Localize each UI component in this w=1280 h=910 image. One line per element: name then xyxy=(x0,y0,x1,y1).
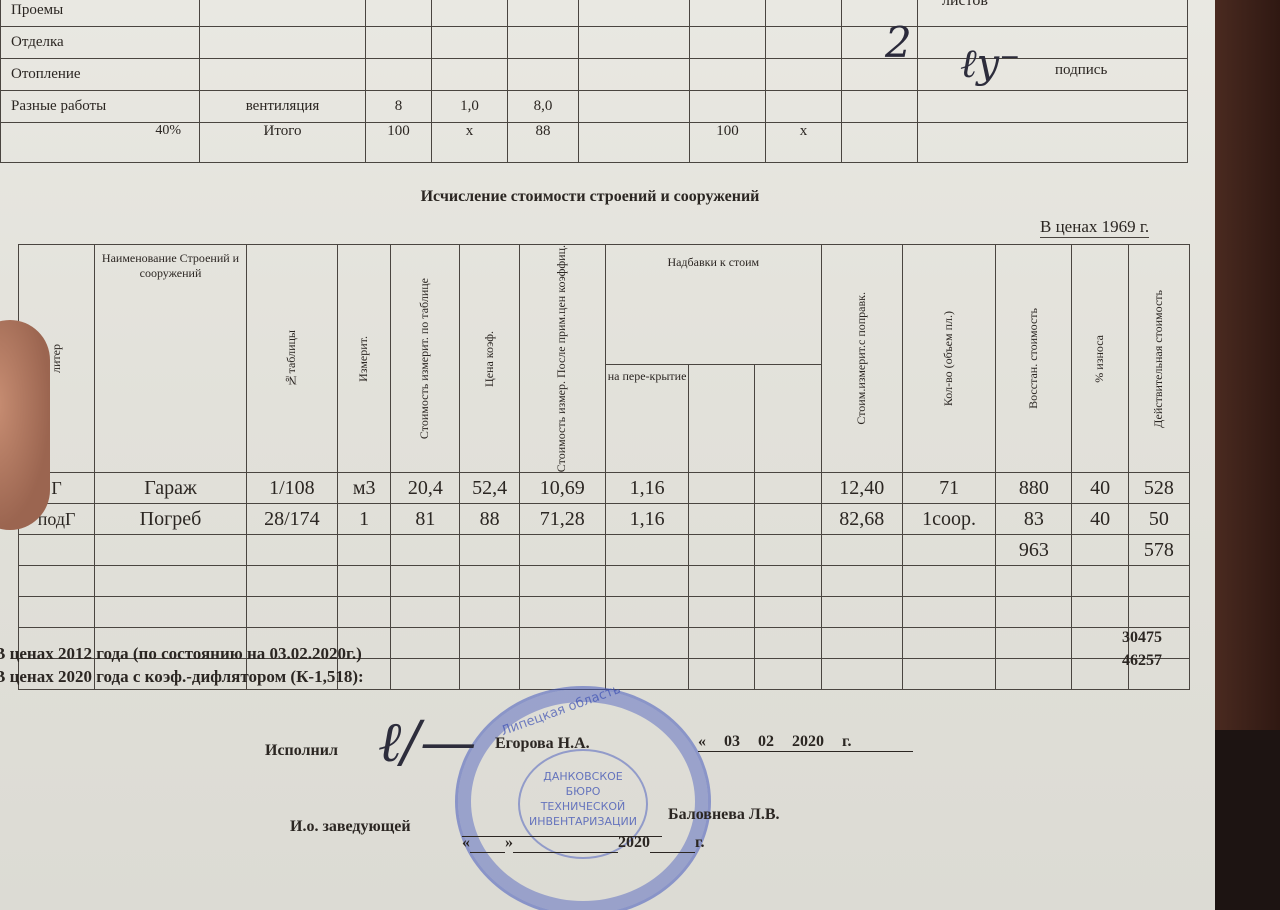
cell: x xyxy=(432,123,508,163)
cell-pricecoef: 88 xyxy=(460,504,519,535)
cell-e1 xyxy=(689,535,755,566)
cell-e2 xyxy=(755,504,821,535)
cell-actualcost: 528 xyxy=(1128,473,1189,504)
header-unit: Измерит. xyxy=(338,245,391,473)
cell-restorecost xyxy=(996,566,1072,597)
cell: 8,0 xyxy=(508,91,579,123)
cell-e1 xyxy=(689,566,755,597)
cell-e2 xyxy=(755,473,821,504)
prices-note: В ценах 1969 г. xyxy=(1040,217,1149,238)
cell: 100 xyxy=(690,123,766,163)
handwritten-sheet-count: 2 xyxy=(885,18,912,67)
cell-wear xyxy=(1072,535,1128,566)
cell-quantity xyxy=(902,597,995,628)
cell-costafter xyxy=(519,628,605,659)
cell-costadjusted xyxy=(821,566,902,597)
cell-actualcost: 50 xyxy=(1128,504,1189,535)
cell-costtable xyxy=(391,566,460,597)
cell-costadjusted: 12,40 xyxy=(821,473,902,504)
cell: 100 xyxy=(366,123,432,163)
cell-costafter: 71,28 xyxy=(519,504,605,535)
header-cost-adjusted: Стоим.измерит.с поправк. xyxy=(821,245,902,473)
cell-name: Погреб xyxy=(95,504,247,535)
cell-name xyxy=(95,566,247,597)
header-cost-after: Стоимость измер. После прим.цен коэффиц. xyxy=(519,245,605,473)
cell-costafter xyxy=(519,535,605,566)
header-wear: % износа xyxy=(1072,245,1128,473)
cell: 88 xyxy=(508,123,579,163)
cell-costtable: 20,4 xyxy=(391,473,460,504)
cell-quantity xyxy=(902,535,995,566)
row-label: Проемы xyxy=(1,0,200,27)
table-row xyxy=(19,566,1190,597)
cell-unit xyxy=(338,597,391,628)
background-shadow xyxy=(1210,730,1280,910)
row-label: Разные работы xyxy=(1,91,200,123)
cell-e1 xyxy=(689,597,755,628)
cell-unit: 1 xyxy=(338,504,391,535)
cell-costtable: 81 xyxy=(391,504,460,535)
cell: x xyxy=(766,123,842,163)
header-restore-cost: Восстан. стоимость xyxy=(996,245,1072,473)
cell-liter xyxy=(19,535,95,566)
header-surcharges: Надбавки к стоим xyxy=(605,245,821,365)
official-stamp: Липецкая область ДАНКОВСКОЕ БЮРО ТЕХНИЧЕ… xyxy=(455,686,711,910)
prices-2020-label: В ценах 2020 года с коэф.-дифлятором (К-… xyxy=(0,667,364,687)
table-row: Проемы xyxy=(1,0,1188,27)
table-row: подГПогреб28/1741818871,281,1682,681соор… xyxy=(19,504,1190,535)
cell-liter xyxy=(19,566,95,597)
cell-costtable xyxy=(391,535,460,566)
cell-tableno xyxy=(246,535,337,566)
header-table-no: №таблицы xyxy=(246,245,337,473)
prices-2012-label: В ценах 2012 года (по состоянию на 03.02… xyxy=(0,644,362,664)
total-label: Итого xyxy=(200,123,366,163)
cell-costtable xyxy=(391,597,460,628)
cell-e1 xyxy=(689,628,755,659)
acting-head-label: И.о. заведующей xyxy=(290,818,411,836)
thumb xyxy=(0,320,50,530)
header-quantity: Кол-во (объем пл.) xyxy=(902,245,995,473)
cell-costadjusted xyxy=(821,597,902,628)
cell-e2 xyxy=(755,628,821,659)
cell-costafter xyxy=(519,659,605,690)
table-row xyxy=(19,597,1190,628)
cell-wear: 40 xyxy=(1072,504,1128,535)
cell: 1,0 xyxy=(432,91,508,123)
header-actual-cost: Действительная стоимость xyxy=(1128,245,1189,473)
cell-costadjusted xyxy=(821,659,902,690)
row-label: Отопление xyxy=(1,59,200,91)
cell-tableno: 28/174 xyxy=(246,504,337,535)
table-row: Разные работы вентиляция 8 1,0 8,0 xyxy=(1,91,1188,123)
cell-surcharge: 1,16 xyxy=(605,473,688,504)
cell-wear xyxy=(1072,659,1128,690)
cell-quantity: 71 xyxy=(902,473,995,504)
cell-restorecost xyxy=(996,628,1072,659)
cell-restorecost: 963 xyxy=(996,535,1072,566)
cell-e2 xyxy=(755,597,821,628)
cell-surcharge: 1,16 xyxy=(605,504,688,535)
stamp-outer-text: Липецкая область xyxy=(499,682,623,739)
header-cost-table: Стоимость измерит. по таблице xyxy=(391,245,460,473)
performed-date: « 03 02 2020 г. xyxy=(698,733,913,752)
cell-tableno xyxy=(246,566,337,597)
header-name: Наименование Строений и сооружений xyxy=(95,245,247,473)
wear-percent: 40% xyxy=(1,123,200,163)
cell-restorecost xyxy=(996,597,1072,628)
buildings-cost-table: литер Наименование Строений и сооружений… xyxy=(18,244,1190,690)
section-title: Исчисление стоимости строений и сооружен… xyxy=(0,188,1180,206)
cell-surcharge xyxy=(605,628,688,659)
cell-name xyxy=(95,535,247,566)
cell-unit xyxy=(338,566,391,597)
cell: 8 xyxy=(366,91,432,123)
cell-unit xyxy=(338,535,391,566)
cell-costafter xyxy=(519,566,605,597)
performed-by-label: Исполнил xyxy=(265,742,338,760)
header-surcharge-floor: на пере-крытие xyxy=(605,364,688,472)
performer-name: Егорова Н.А. xyxy=(495,735,590,753)
cell-e2 xyxy=(755,535,821,566)
cell-quantity xyxy=(902,659,995,690)
cell-e2 xyxy=(755,659,821,690)
cell-costtable xyxy=(391,628,460,659)
row-label: Отделка xyxy=(1,27,200,59)
cell-pricecoef xyxy=(460,535,519,566)
cell-costafter xyxy=(519,597,605,628)
cell-e2 xyxy=(755,566,821,597)
cell-actualcost xyxy=(1128,566,1189,597)
cell-restorecost: 83 xyxy=(996,504,1072,535)
total-2012: 30475 xyxy=(1122,629,1162,647)
cell-quantity: 1соор. xyxy=(902,504,995,535)
cell-e1 xyxy=(689,473,755,504)
cell-e1 xyxy=(689,504,755,535)
cell-costadjusted: 82,68 xyxy=(821,504,902,535)
cell-costafter: 10,69 xyxy=(519,473,605,504)
cell-actualcost: 578 xyxy=(1128,535,1189,566)
cell-surcharge xyxy=(605,597,688,628)
document-page: Проемы Отделка Отопление Разные работы в… xyxy=(0,0,1215,910)
cell-pricecoef xyxy=(460,597,519,628)
cell-tableno xyxy=(246,597,337,628)
cell-quantity xyxy=(902,628,995,659)
table-row: ГГараж1/108м320,452,410,691,1612,4071880… xyxy=(19,473,1190,504)
header-price-coef: Цена коэф. xyxy=(460,245,519,473)
cell-e1 xyxy=(689,659,755,690)
cell-pricecoef xyxy=(460,659,519,690)
cell-name: Гараж xyxy=(95,473,247,504)
cell-wear xyxy=(1072,597,1128,628)
cell-costadjusted xyxy=(821,535,902,566)
cell-actualcost xyxy=(1128,597,1189,628)
acting-head-name: Баловнева Л.В. xyxy=(668,806,780,824)
cell-pricecoef xyxy=(460,628,519,659)
cell-wear: 40 xyxy=(1072,473,1128,504)
total-2020: 46257 xyxy=(1122,652,1162,670)
table-row: 40% Итого 100 x 88 100 x xyxy=(1,123,1188,163)
cell-costtable xyxy=(391,659,460,690)
cell-wear xyxy=(1072,566,1128,597)
cell-surcharge xyxy=(605,566,688,597)
handwritten-signature: ℓy⁻ xyxy=(960,40,1020,87)
cell-liter xyxy=(19,597,95,628)
sheets-label: листов xyxy=(942,0,988,10)
cell-tableno: 1/108 xyxy=(246,473,337,504)
cell-costadjusted xyxy=(821,628,902,659)
acting-head-date: « » 2020 г. xyxy=(462,834,704,853)
cell-name xyxy=(95,597,247,628)
cell-surcharge xyxy=(605,535,688,566)
table-row: 963578 xyxy=(19,535,1190,566)
signature-label: подпись xyxy=(1055,62,1107,79)
cell-restorecost: 880 xyxy=(996,473,1072,504)
cell-restorecost xyxy=(996,659,1072,690)
cell-pricecoef xyxy=(460,566,519,597)
cell-quantity xyxy=(902,566,995,597)
performer-signature: ℓ/— xyxy=(378,710,476,775)
cell-unit: м3 xyxy=(338,473,391,504)
cell-pricecoef: 52,4 xyxy=(460,473,519,504)
cell: вентиляция xyxy=(200,91,366,123)
cell-wear xyxy=(1072,628,1128,659)
